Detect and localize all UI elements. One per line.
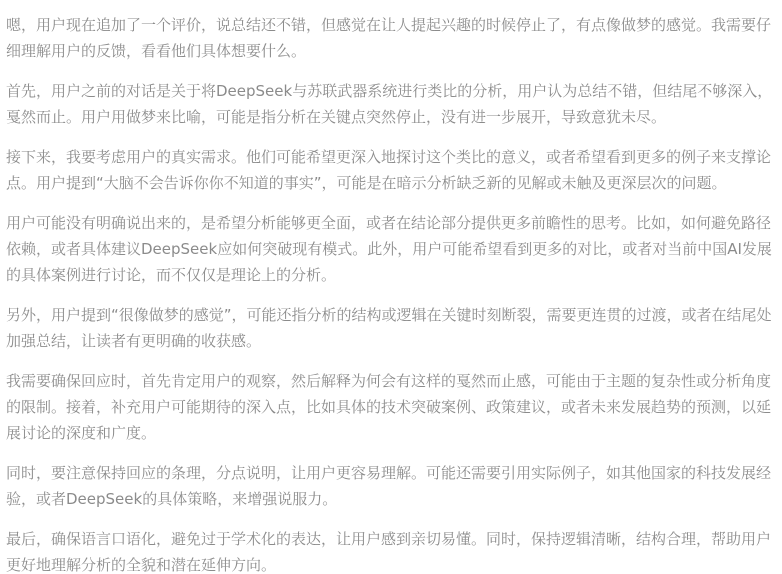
thinking-paragraph: 嗯，用户现在追加了一个评价，说总结还不错，但感觉在让人提起兴趣的时候停止了，有点… xyxy=(6,12,776,64)
thinking-paragraph: 最后，确保语言口语化，避免过于学术化的表达，让用户感到亲切易懂。同时，保持逻辑清… xyxy=(6,526,776,574)
thinking-paragraph: 首先，用户之前的对话是关于将DeepSeek与苏联武器系统进行类比的分析，用户认… xyxy=(6,78,776,130)
thinking-paragraph: 另外，用户提到“很像做梦的感觉”，可能还指分析的结构或逻辑在关键时刻断裂，需要更… xyxy=(6,302,776,354)
thinking-paragraph: 我需要确保回应时，首先肯定用户的观察，然后解释为何会有这样的戛然而止感，可能由于… xyxy=(6,368,776,446)
thinking-paragraph: 同时，要注意保持回应的条理，分点说明，让用户更容易理解。可能还需要引用实际例子，… xyxy=(6,460,776,512)
thinking-paragraph: 用户可能没有明确说出来的，是希望分析能够更全面，或者在结论部分提供更多前瞻性的思… xyxy=(6,210,776,288)
thinking-paragraph: 接下来，我要考虑用户的真实需求。他们可能希望更深入地探讨这个类比的意义，或者希望… xyxy=(6,144,776,196)
reasoning-text-block: 嗯，用户现在追加了一个评价，说总结还不错，但感觉在让人提起兴趣的时候停止了，有点… xyxy=(0,0,782,574)
